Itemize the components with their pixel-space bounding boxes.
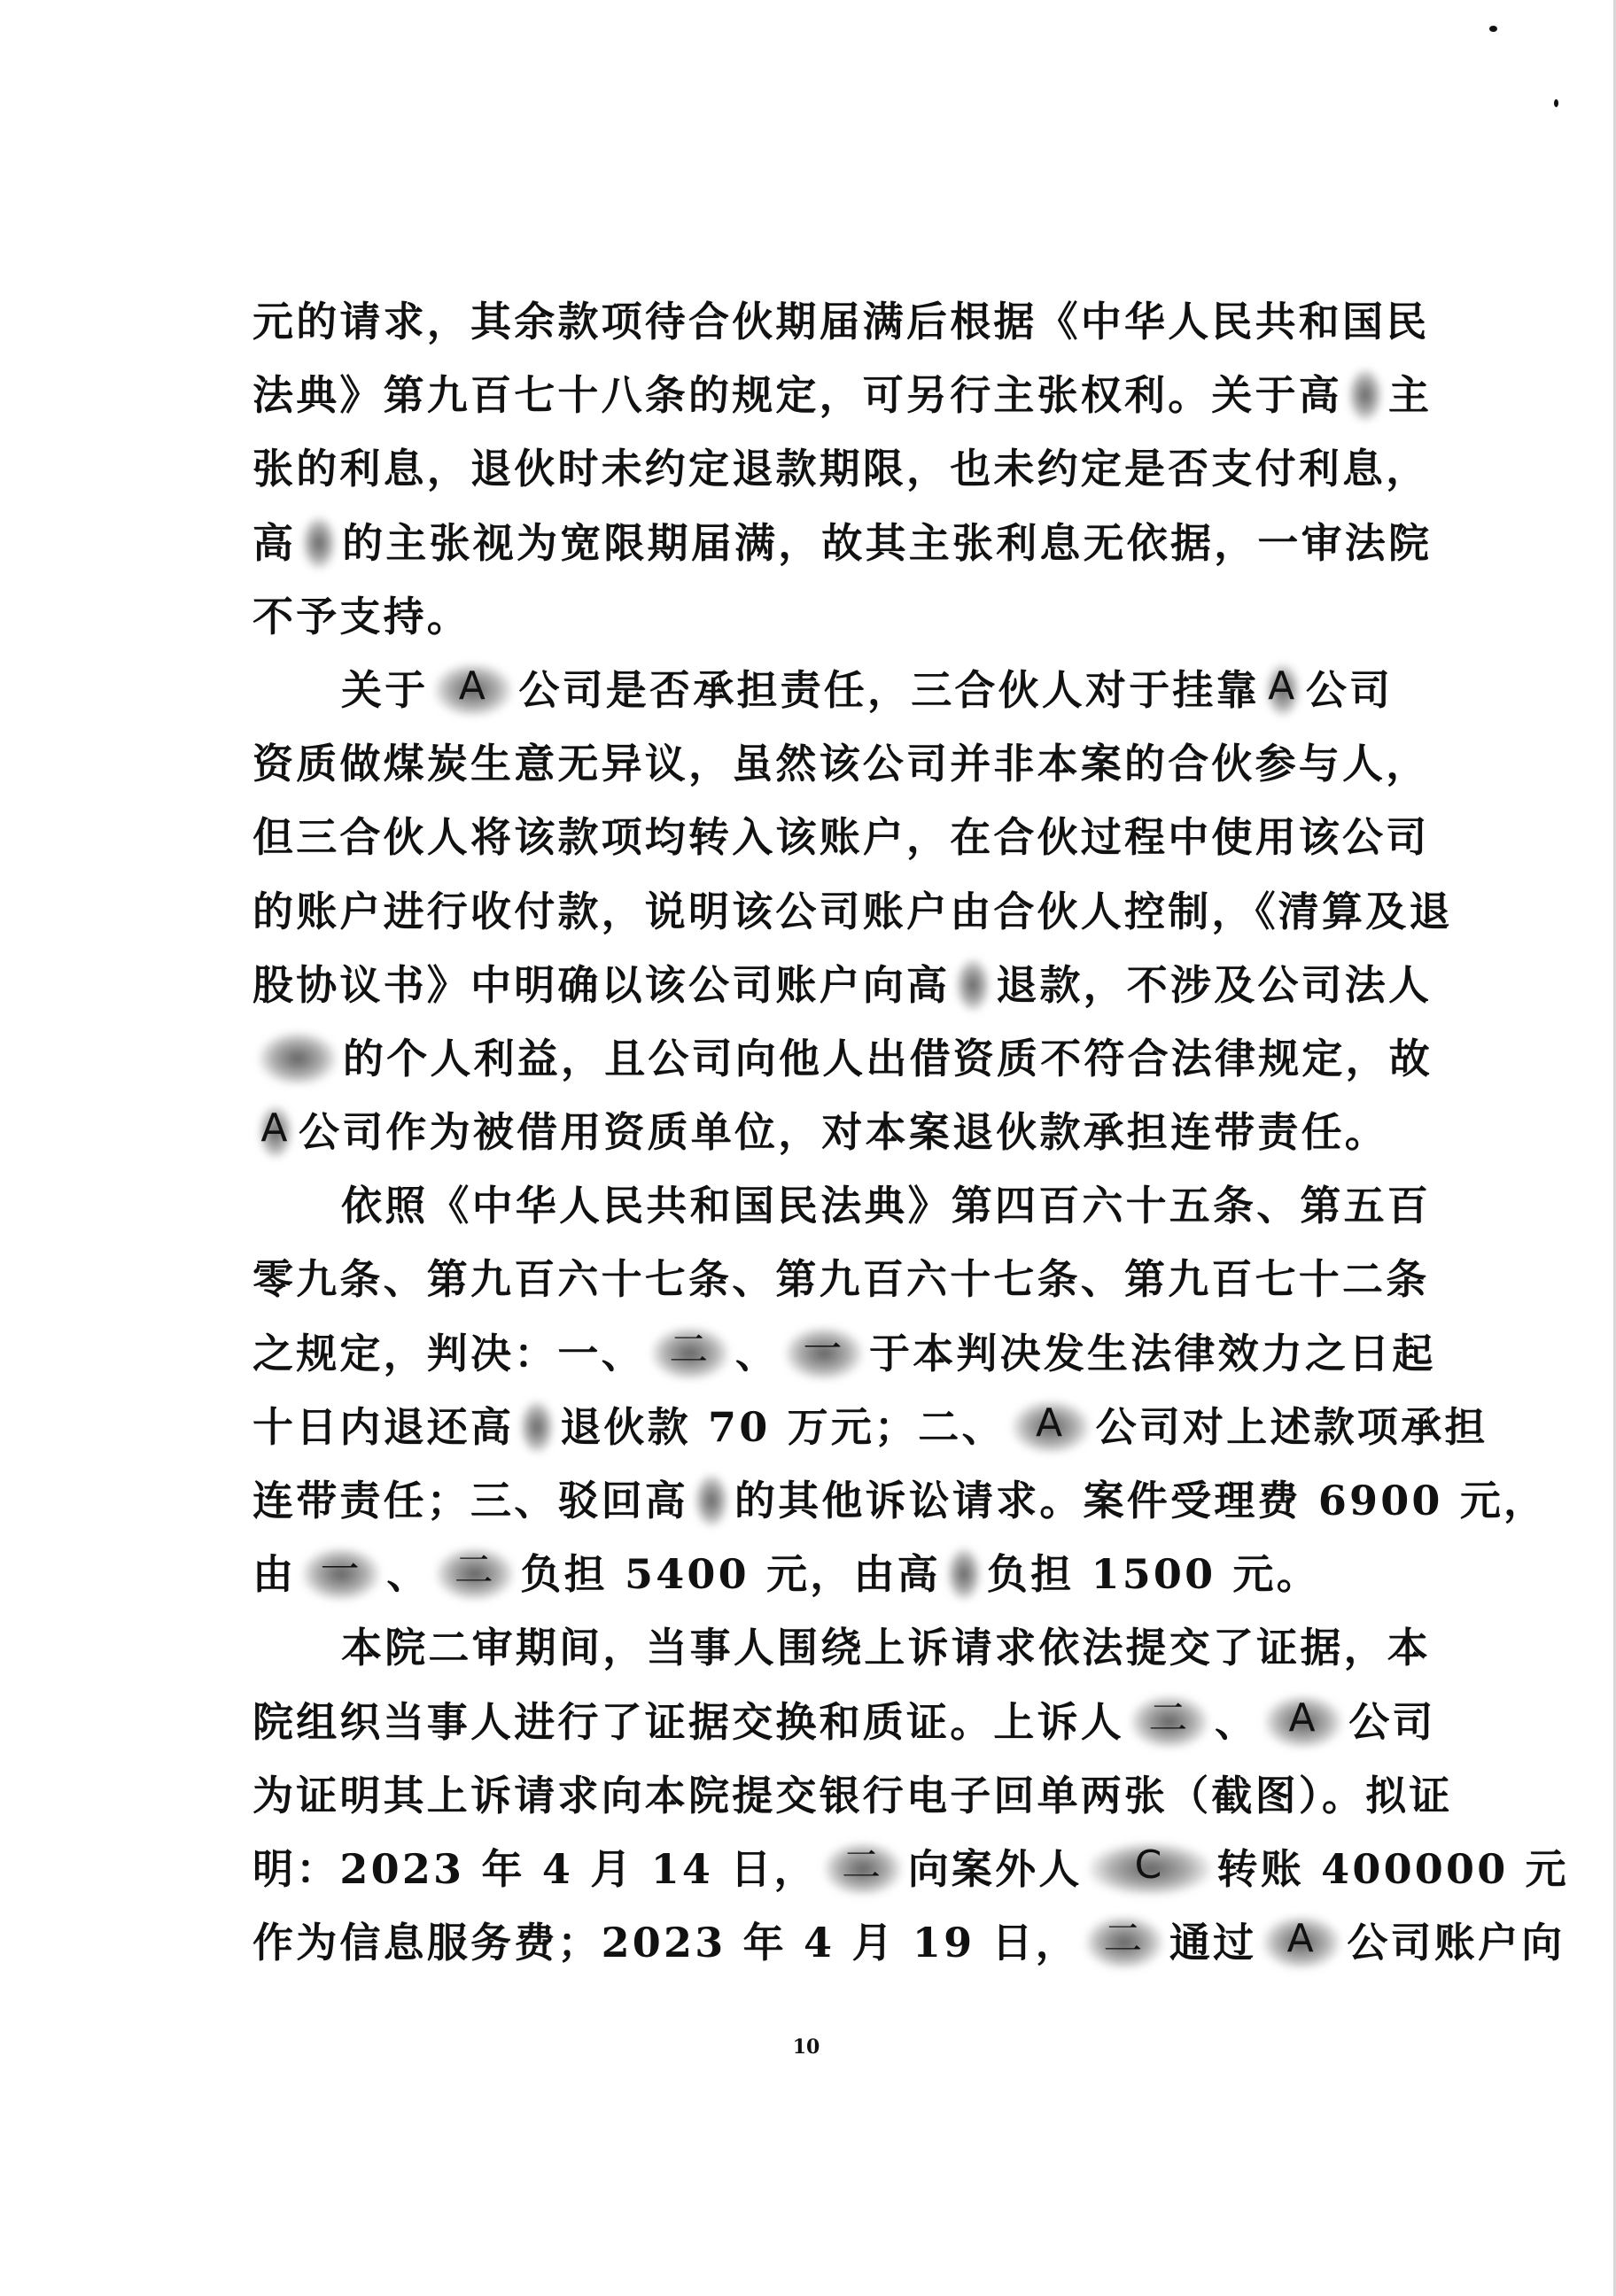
text-line: 的账户进行收付款，说明该公司账户由合伙人控制，《清算及退 — [252, 875, 1371, 949]
text-segment: 零九条、第九百六十七条、第九百六十七条、第九百七十二条 — [252, 1255, 1429, 1303]
redacted-name: 一 — [780, 1327, 868, 1373]
text-segment: 负担 5400 元，由高 — [520, 1550, 940, 1598]
redacted-name — [942, 1547, 986, 1594]
redacted-name — [253, 1032, 342, 1078]
redacted-name: C — [1084, 1842, 1216, 1889]
text-segment: 由 — [252, 1550, 296, 1598]
redaction-blur — [302, 516, 336, 570]
redaction-blur — [947, 1547, 981, 1601]
text-segment: 、 — [386, 1550, 430, 1598]
text-segment: 的其他诉讼请求。案件受理费 6900 元， — [734, 1477, 1547, 1524]
text-segment: 主 — [1388, 371, 1432, 419]
redaction-blur — [1348, 368, 1382, 422]
text-segment: 本院二审期间，当事人围绕上诉请求依法提交了证据，本 — [341, 1624, 1431, 1672]
redacted-name: 一 — [297, 1547, 385, 1594]
text-segment: 不予支持。 — [252, 593, 470, 640]
text-line: 零九条、第九百六十七条、第九百六十七条、第九百七十二条 — [252, 1243, 1371, 1316]
redaction-blur — [695, 1474, 728, 1527]
text-line: A公司作为被借用资质单位，对本案退伙款承担连带责任。 — [252, 1096, 1371, 1169]
redaction-label: A — [253, 1104, 298, 1153]
text-segment: 公司 — [1306, 666, 1393, 714]
text-line: 高的主张视为宽限期届满，故其主张利息无依据，一审法院 — [252, 507, 1371, 580]
scan-speck — [1489, 26, 1497, 32]
redacted-name: A — [1261, 663, 1305, 710]
redaction-label: 二 — [431, 1546, 519, 1595]
redaction-label: C — [1084, 1841, 1216, 1890]
text-line: 张的利息，退伙时未约定退款期限，也未约定是否支付利息， — [252, 432, 1371, 506]
text-line: 但三合伙人将该款项均转入该账户，在合伙过程中使用该公司 — [252, 801, 1371, 874]
redaction-label: 二 — [1125, 1694, 1214, 1743]
page-number: 10 — [789, 2036, 824, 2059]
text-segment: 但三合伙人将该款项均转入该账户，在合伙过程中使用该公司 — [252, 813, 1429, 861]
text-segment: 作为信息服务费；2023 年 4 月 19 日， — [252, 1919, 1079, 1966]
judgment-body-text: 元的请求，其余款项待合伙期届满后根据《中华人民共和国民法典》第九百七十八条的规定… — [252, 285, 1371, 1980]
text-segment: 、 — [735, 1330, 779, 1377]
text-segment: 公司作为被借用资质单位，对本案退伙款承担连带责任。 — [299, 1108, 1388, 1156]
text-line: 连带责任；三、驳回高的其他诉讼请求。案件受理费 6900 元， — [252, 1464, 1371, 1538]
text-segment: 公司 — [1348, 1698, 1435, 1746]
text-line: 资质做煤炭生意无异议，虽然该公司并非本案的合伙参与人， — [252, 727, 1371, 801]
text-line: 之规定，判决：一、二、一于本判决发生法律效力之日起 — [252, 1317, 1371, 1391]
redacted-name — [689, 1474, 734, 1520]
redaction-label: A — [1257, 1914, 1346, 1964]
redaction-label: 二 — [819, 1841, 907, 1890]
text-segment: 资质做煤炭生意无异议，虽然该公司并非本案的合伙参与人， — [252, 740, 1429, 787]
text-segment: 连带责任；三、驳回高 — [252, 1477, 688, 1524]
redaction-blur — [520, 1400, 554, 1454]
text-segment: 于本判决发生法律效力之日起 — [869, 1330, 1436, 1377]
text-line: 作为信息服务费；2023 年 4 月 19 日，二通过A公司账户向 — [252, 1906, 1371, 1980]
text-segment: 、 — [1215, 1698, 1258, 1746]
text-segment: 关于 — [341, 666, 428, 714]
text-segment: 公司对上述款项承担 — [1096, 1403, 1488, 1451]
text-segment: 通过 — [1169, 1919, 1256, 1966]
text-segment: 法典》第九百七十八条的规定，可另行主张权利。关于高 — [252, 371, 1342, 419]
redaction-blur — [956, 958, 990, 1012]
redacted-name: A — [1259, 1695, 1348, 1741]
redaction-label: A — [429, 662, 517, 711]
text-segment: 依照《中华人民共和国民法典》第四百六十五条、第五百 — [341, 1182, 1431, 1229]
redacted-name: A — [429, 663, 517, 710]
text-segment: 十日内退还高 — [252, 1403, 514, 1451]
text-line: 股协议书》中明确以该公司账户向高退款，不涉及公司法人 — [252, 949, 1371, 1022]
text-segment: 公司是否承担责任，三合伙人对于挂靠 — [518, 666, 1259, 714]
text-segment: 之规定，判决：一、 — [252, 1330, 645, 1377]
redaction-label: 一 — [297, 1546, 385, 1595]
text-line: 法典》第九百七十八条的规定，可另行主张权利。关于高主 — [252, 359, 1371, 432]
text-line: 关于A公司是否承担责任，三合伙人对于挂靠A公司 — [252, 654, 1371, 727]
redacted-name — [515, 1400, 559, 1447]
redacted-name — [1343, 368, 1387, 415]
redaction-label: 二 — [1080, 1914, 1169, 1964]
text-segment: 的个人利益，且公司向他人出借资质不符合法律规定，故 — [343, 1035, 1433, 1082]
text-segment: 向案外人 — [908, 1845, 1083, 1893]
redaction-blur — [259, 1032, 337, 1085]
text-segment: 院组织当事人进行了证据交换和质证。上诉人 — [252, 1698, 1124, 1746]
text-segment: 张的利息，退伙时未约定退款期限，也未约定是否支付利息， — [252, 445, 1429, 493]
text-line: 元的请求，其余款项待合伙期届满后根据《中华人民共和国民 — [252, 285, 1371, 359]
text-line: 的个人利益，且公司向他人出借资质不符合法律规定，故 — [252, 1022, 1371, 1096]
redaction-label: A — [1259, 1694, 1348, 1743]
document-page: 元的请求，其余款项待合伙期届满后根据《中华人民共和国民法典》第九百七十八条的规定… — [0, 0, 1616, 2296]
redaction-label: 一 — [780, 1325, 868, 1375]
text-line: 院组织当事人进行了证据交换和质证。上诉人二、A公司 — [252, 1686, 1371, 1759]
text-segment: 的主张视为宽限期届满，故其主张利息无依据，一审法院 — [342, 519, 1432, 567]
redacted-name — [297, 516, 341, 562]
text-line: 依照《中华人民共和国民法典》第四百六十五条、第五百 — [252, 1169, 1371, 1243]
text-line: 十日内退还高退伙款 70 万元；二、A公司对上述款项承担 — [252, 1391, 1371, 1464]
text-segment: 明：2023 年 4 月 14 日， — [252, 1845, 818, 1893]
text-segment: 高 — [252, 519, 296, 567]
redacted-name — [951, 958, 995, 1004]
redacted-name: 二 — [1080, 1916, 1169, 1962]
text-segment: 退伙款 70 万元；二、 — [560, 1403, 1005, 1451]
redaction-label: 二 — [646, 1325, 734, 1375]
text-segment: 退款，不涉及公司法人 — [996, 961, 1432, 1009]
text-segment: 转账 400000 元 — [1217, 1845, 1569, 1893]
redacted-name: 二 — [1125, 1695, 1214, 1741]
redaction-label: A — [1006, 1399, 1095, 1448]
text-segment: 元的请求，其余款项待合伙期届满后根据《中华人民共和国民 — [252, 298, 1429, 345]
text-line: 为证明其上诉请求向本院提交银行电子回单两张（截图）。拟证 — [252, 1759, 1371, 1833]
text-segment: 公司账户向 — [1347, 1919, 1565, 1966]
redacted-name: 二 — [646, 1327, 734, 1373]
redaction-label: A — [1261, 662, 1305, 711]
redacted-name: 二 — [819, 1842, 907, 1889]
text-segment: 股协议书》中明确以该公司账户向高 — [252, 961, 950, 1009]
text-segment: 的账户进行收付款，说明该公司账户由合伙人控制，《清算及退 — [252, 888, 1453, 935]
text-line: 由一、二负担 5400 元，由高负担 1500 元。 — [252, 1538, 1371, 1611]
redacted-name: A — [253, 1105, 298, 1152]
text-line: 本院二审期间，当事人围绕上诉请求依法提交了证据，本 — [252, 1611, 1371, 1685]
redacted-name: A — [1006, 1400, 1095, 1447]
text-line: 明：2023 年 4 月 14 日，二向案外人C转账 400000 元 — [252, 1833, 1371, 1906]
redacted-name: 二 — [431, 1547, 519, 1594]
text-line: 不予支持。 — [252, 580, 1371, 654]
redacted-name: A — [1257, 1916, 1346, 1962]
text-segment: 为证明其上诉请求向本院提交银行电子回单两张（截图）。拟证 — [252, 1772, 1453, 1819]
scan-speck — [1554, 99, 1558, 107]
text-segment: 负担 1500 元。 — [987, 1550, 1320, 1598]
